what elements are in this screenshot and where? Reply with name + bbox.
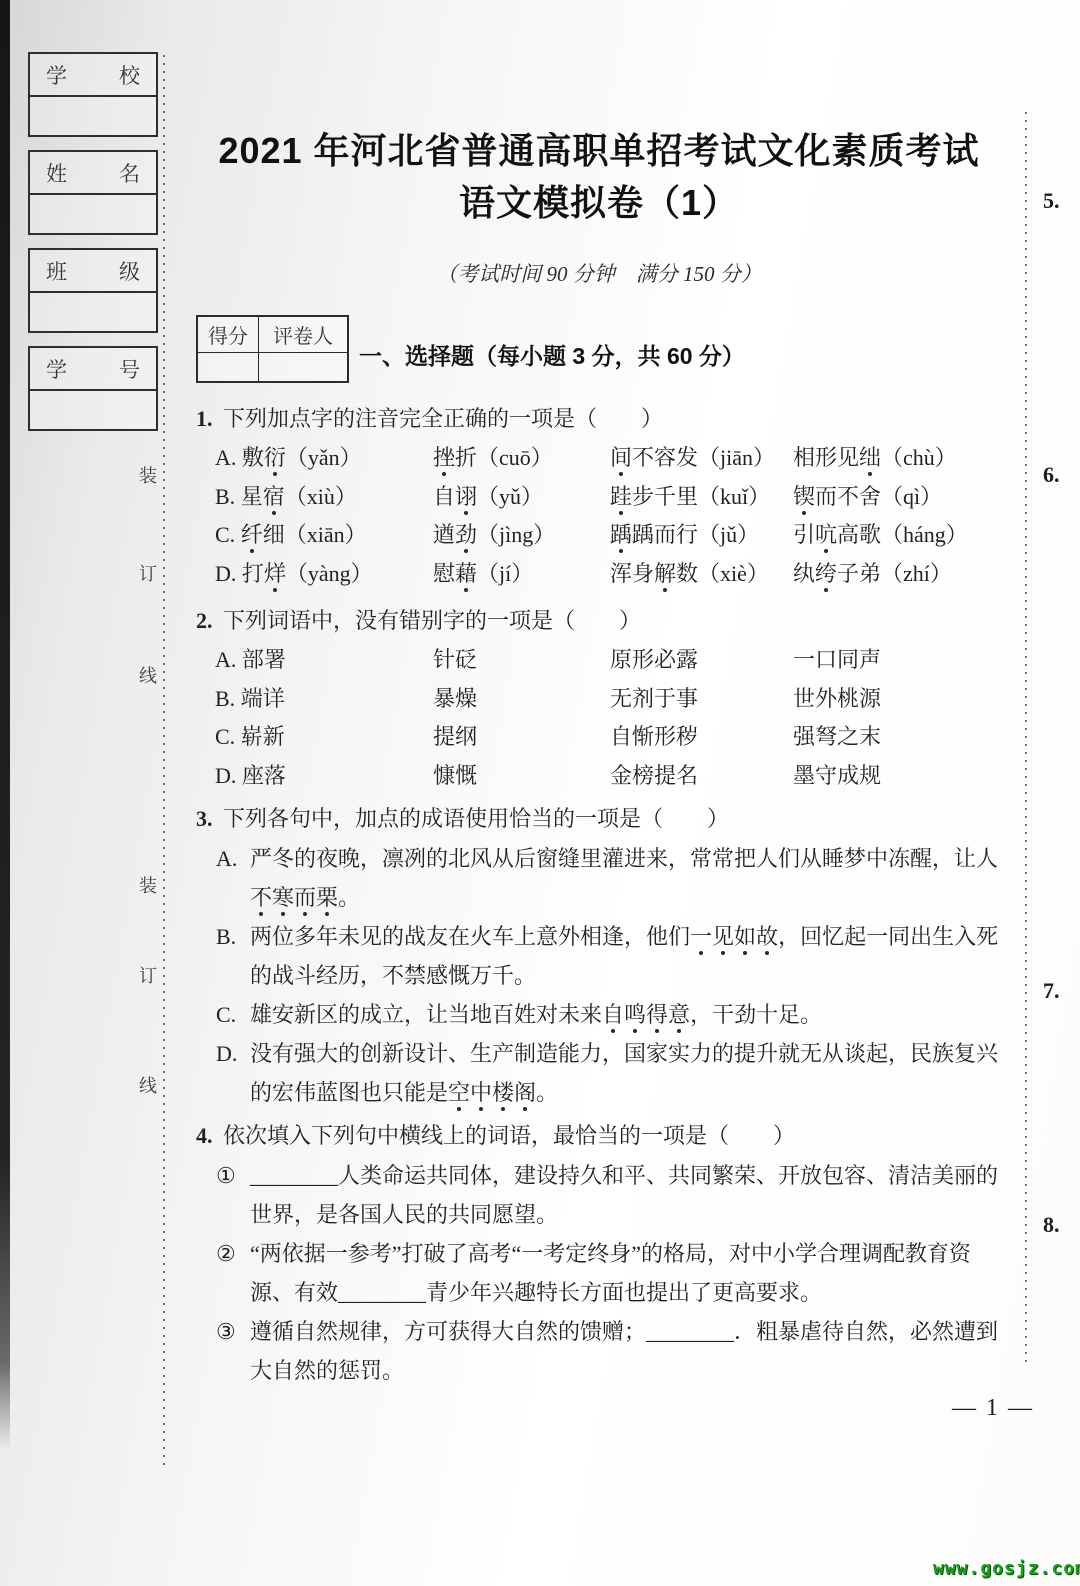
emphasis-dot-char: 间 [610,445,632,470]
binding-line-char: 订 [139,962,157,988]
option-row: D. 座落慷慨金榜提名墨守成规 [196,757,1002,796]
exam-content: 2021 年河北省普通高职单招考试文化素质考试 语文模拟卷（1） （考试时间 9… [196,125,1002,1390]
emphasis-dot-char: 衍 [264,445,286,470]
binding-line-char: 装 [139,872,157,898]
option-row: B.两位多年未见的战友在火车上意外相逢，他们一见如故，回忆起一同出生入死的战斗经… [196,917,1002,995]
option-label: C. [215,724,235,749]
option-label: B. [216,917,250,995]
option-label: D. [215,763,236,788]
binding-line-char: 装 [139,462,157,488]
option-item: 金榜提名 [610,757,793,796]
margin-question-number: 8. [1043,1212,1060,1238]
option-row: ②“两依据一参考”打破了高考“一考定终身”的格局，对中小学合理调配教育资源、有效… [196,1234,1002,1312]
option-item: 间不容发（jiān） [610,439,793,478]
option-label: B. [215,484,235,509]
emphasis-dot-char: 如 [734,924,756,949]
question-stem: 1.下列加点字的注音完全正确的一项是（ ） [196,399,1002,439]
option-text: “两依据一参考”打破了高考“一考定终身”的格局，对中小学合理调配教育资源、有效_… [250,1234,1002,1312]
option-text: 两位多年未见的战友在火车上意外相逢，他们一见如故，回忆起一同出生入死的战斗经历，… [250,917,1002,995]
option-item: 锲而不舍（qì） [793,478,1002,517]
option-row: C. 纤细（xiān）遒劲（jìng）踽踽而行（jǔ）引吭高歌（háng） [196,516,1002,555]
student-info-box: 班级 [28,248,158,333]
question-3: 3.下列各句中，加点的成语使用恰当的一项是（ ）A.严冬的夜晚，凛冽的北风从后窗… [196,799,1002,1112]
option-label: A. [215,647,236,672]
option-row: D. 打烊（yàng）慰藉（jí）浑身解数（xiè）纨绔子弟（zhí） [196,555,1002,594]
emphasis-dot-char: 跬 [610,484,632,509]
option-text: ________人类命运共同体，建设持久和平、共同繁荣、开放包容、清洁美丽的世界… [250,1156,1002,1234]
emphasis-dot-char: 绌 [859,445,881,470]
option-item: 原形必露 [610,641,793,680]
option-text: 雄安新区的成立，让当地百姓对未来自鸣得意，干劲十足。 [250,995,1002,1034]
option-label: A. [215,445,236,470]
emphasis-dot-char: 烊 [264,561,286,586]
option-item: 慷慨 [433,757,610,796]
option-text: 没有强大的创新设计、生产制造能力，国家实力的提升就无从谈起，民族复兴的宏伟蓝图也… [250,1034,1002,1112]
emphasis-dot-char: 得 [646,1002,668,1027]
option-item: 自惭形秽 [610,718,793,757]
question-stem: 3.下列各句中，加点的成语使用恰当的一项是（ ） [196,799,1002,839]
option-item: 慰藉（jí） [433,555,610,594]
emphasis-dot-char: 不 [250,885,272,910]
option-item: C. 崭新 [215,718,433,757]
option-item: 引吭高歌（háng） [793,516,1002,555]
emphasis-dot-char: 劲 [455,522,477,547]
option-label: A. [216,839,250,917]
option-row: ③遵循自然规律，方可获得大自然的馈赠；________．粗暴虐待自然，必然遭到大… [196,1312,1002,1390]
emphasis-dot-char: 诩 [455,484,477,509]
option-item: 踽踽而行（jǔ） [610,516,793,555]
option-item: 挫折（cuō） [433,439,610,478]
emphasis-dot-char: 故 [756,924,778,949]
info-box-label: 姓名 [30,152,156,195]
emphasis-dot-char: 踽 [610,522,632,547]
option-label: ① [216,1156,250,1234]
emphasis-dot-char: 纤 [241,522,263,547]
info-box-label: 班级 [30,250,156,293]
option-row: D.没有强大的创新设计、生产制造能力，国家实力的提升就无从谈起，民族复兴的宏伟蓝… [196,1034,1002,1112]
option-item: 遒劲（jìng） [433,516,610,555]
margin-question-number: 5. [1043,188,1060,214]
option-item: D. 座落 [215,757,433,796]
option-row: ①________人类命运共同体，建设持久和平、共同繁荣、开放包容、清洁美丽的世… [196,1156,1002,1234]
emphasis-dot-char: 鸣 [624,1002,646,1027]
emphasis-dot-char: 一 [690,924,712,949]
scan-edge [0,0,10,1450]
emphasis-dot-char: 锲 [793,484,815,509]
option-row: C.雄安新区的成立，让当地百姓对未来自鸣得意，干劲十足。 [196,995,1002,1034]
option-item: 相形见绌（chù） [793,439,1002,478]
option-item: 跬步千里（kuǐ） [610,478,793,517]
binding-line-char: 订 [139,560,157,586]
option-row: A.严冬的夜晚，凛冽的北风从后窗缝里灌进来，常常把人们从睡梦中冻醒，让人不寒而栗… [196,839,1002,917]
paper-title: 2021 年河北省普通高职单招考试文化素质考试 语文模拟卷（1） [196,125,1002,229]
option-label: ② [216,1234,250,1312]
question-2: 2.下列词语中，没有错别字的一项是（ ）A. 部署针砭原形必露一口同声B. 端详… [196,601,1002,795]
grader-blank-cell [259,353,347,381]
question-1: 1.下列加点字的注音完全正确的一项是（ ）A. 敷衍（yǎn）挫折（cuō）间不… [196,399,1002,593]
info-box-blank [30,97,156,135]
emphasis-dot-char: 阁 [514,1080,536,1105]
score-blank-cell [198,353,259,381]
emphasis-dot-char: 见 [712,924,734,949]
margin-question-number: 7. [1043,978,1060,1004]
emphasis-dot-char: 寒 [272,885,294,910]
option-row: A. 部署针砭原形必露一口同声 [196,641,1002,680]
emphasis-dot-char: 而 [294,885,316,910]
option-item: 一口同声 [793,641,1002,680]
option-text: 遵循自然规律，方可获得大自然的馈赠；________．粗暴虐待自然，必然遭到大自… [250,1312,1002,1390]
emphasis-dot-char: 宿 [263,484,285,509]
questions-container: 1.下列加点字的注音完全正确的一项是（ ）A. 敷衍（yǎn）挫折（cuō）间不… [196,399,1002,1390]
exam-info-subtitle: （考试时间 90 分钟 满分 150 分） [196,259,1002,289]
binding-line-char: 线 [139,1072,157,1098]
student-info-box: 学校 [28,52,158,137]
question-number: 2. [196,601,223,641]
emphasis-dot-char: 空 [448,1080,470,1105]
option-item: 纨绔子弟（zhí） [793,555,1002,594]
option-item: 暴燥 [433,680,610,719]
emphasis-dot-char: 吭 [815,522,837,547]
info-box-label: 学校 [30,54,156,97]
paper-title-line2: 语文模拟卷（1） [196,177,1002,229]
option-label: C. [216,995,250,1034]
info-box-blank [30,195,156,233]
student-info-box: 姓名 [28,150,158,235]
question-number: 1. [196,399,223,439]
option-item: 强弩之末 [793,718,1002,757]
option-item: 墨守成规 [793,757,1002,796]
option-item: 针砭 [433,641,610,680]
info-box-blank [30,293,156,331]
option-row: C. 崭新提纲自惭形秽强弩之末 [196,718,1002,757]
margin-question-number: 6. [1043,462,1060,488]
option-item: B. 星宿（xiù） [215,478,433,517]
option-item: B. 端详 [215,680,433,719]
emphasis-dot-char: 楼 [492,1080,514,1105]
grader-label-cell: 评卷人 [259,317,347,353]
paper-title-line1: 2021 年河北省普通高职单招考试文化素质考试 [196,125,1002,177]
option-row: B. 端详暴燥无剂于事世外桃源 [196,680,1002,719]
option-item: 自诩（yǔ） [433,478,610,517]
option-item: 浑身解数（xiè） [610,555,793,594]
question-stem: 2.下列词语中，没有错别字的一项是（ ） [196,601,1002,641]
emphasis-dot-char: 绔 [815,561,837,586]
option-text: 严冬的夜晚，凛冽的北风从后窗缝里灌进来，常常把人们从睡梦中冻醒，让人不寒而栗。 [250,839,1002,917]
page-number: — 1 — [952,1395,1034,1422]
binding-dotted-line-right [1025,112,1027,1368]
score-table: 得分 评卷人 [196,315,349,383]
option-item: 世外桃源 [793,680,1002,719]
emphasis-dot-char: 栗 [316,885,338,910]
emphasis-dot-char: 解 [654,561,676,586]
option-item: D. 打烊（yàng） [215,555,433,594]
option-label: C. [215,522,235,547]
emphasis-dot-char: 挫 [433,445,455,470]
info-box-blank [30,391,156,429]
question-stem: 4.依次填入下列句中横线上的词语，最恰当的一项是（ ） [196,1116,1002,1156]
question-number: 3. [196,799,223,839]
info-box-label: 学号 [30,348,156,391]
option-label: ③ [216,1312,250,1390]
binding-line-char: 线 [139,662,157,688]
score-row: 得分 评卷人 一、选择题（每小题 3 分，共 60 分） [196,315,1002,383]
question-4: 4.依次填入下列句中横线上的词语，最恰当的一项是（ ）①________人类命运… [196,1116,1002,1390]
option-item: 无剂于事 [610,680,793,719]
binding-dotted-line-left [163,55,165,1465]
question-number: 4. [196,1116,223,1156]
option-label: B. [215,686,235,711]
emphasis-dot-char: 藉 [455,561,477,586]
exam-paper-page: 学校姓名班级学号 装订线装订线 2021 年河北省普通高职单招考试文化素质考试 … [0,0,1080,1586]
student-info-boxes: 学校姓名班级学号 [28,52,158,444]
student-info-box: 学号 [28,346,158,431]
score-label-cell: 得分 [198,317,259,353]
emphasis-dot-char: 自 [602,1002,624,1027]
option-item: A. 敷衍（yǎn） [215,439,433,478]
option-row: A. 敷衍（yǎn）挫折（cuō）间不容发（jiān）相形见绌（chù） [196,439,1002,478]
option-item: 提纲 [433,718,610,757]
watermark: www.gosjz.com [933,1558,1080,1579]
option-row: B. 星宿（xiù）自诩（yǔ）跬步千里（kuǐ）锲而不舍（qì） [196,478,1002,517]
section-heading: 一、选择题（每小题 3 分，共 60 分） [359,338,745,371]
option-label: D. [216,1034,250,1112]
option-item: A. 部署 [215,641,433,680]
emphasis-dot-char: 中 [470,1080,492,1105]
option-item: C. 纤细（xiān） [215,516,433,555]
emphasis-dot-char: 意 [668,1002,690,1027]
option-label: D. [215,561,236,586]
